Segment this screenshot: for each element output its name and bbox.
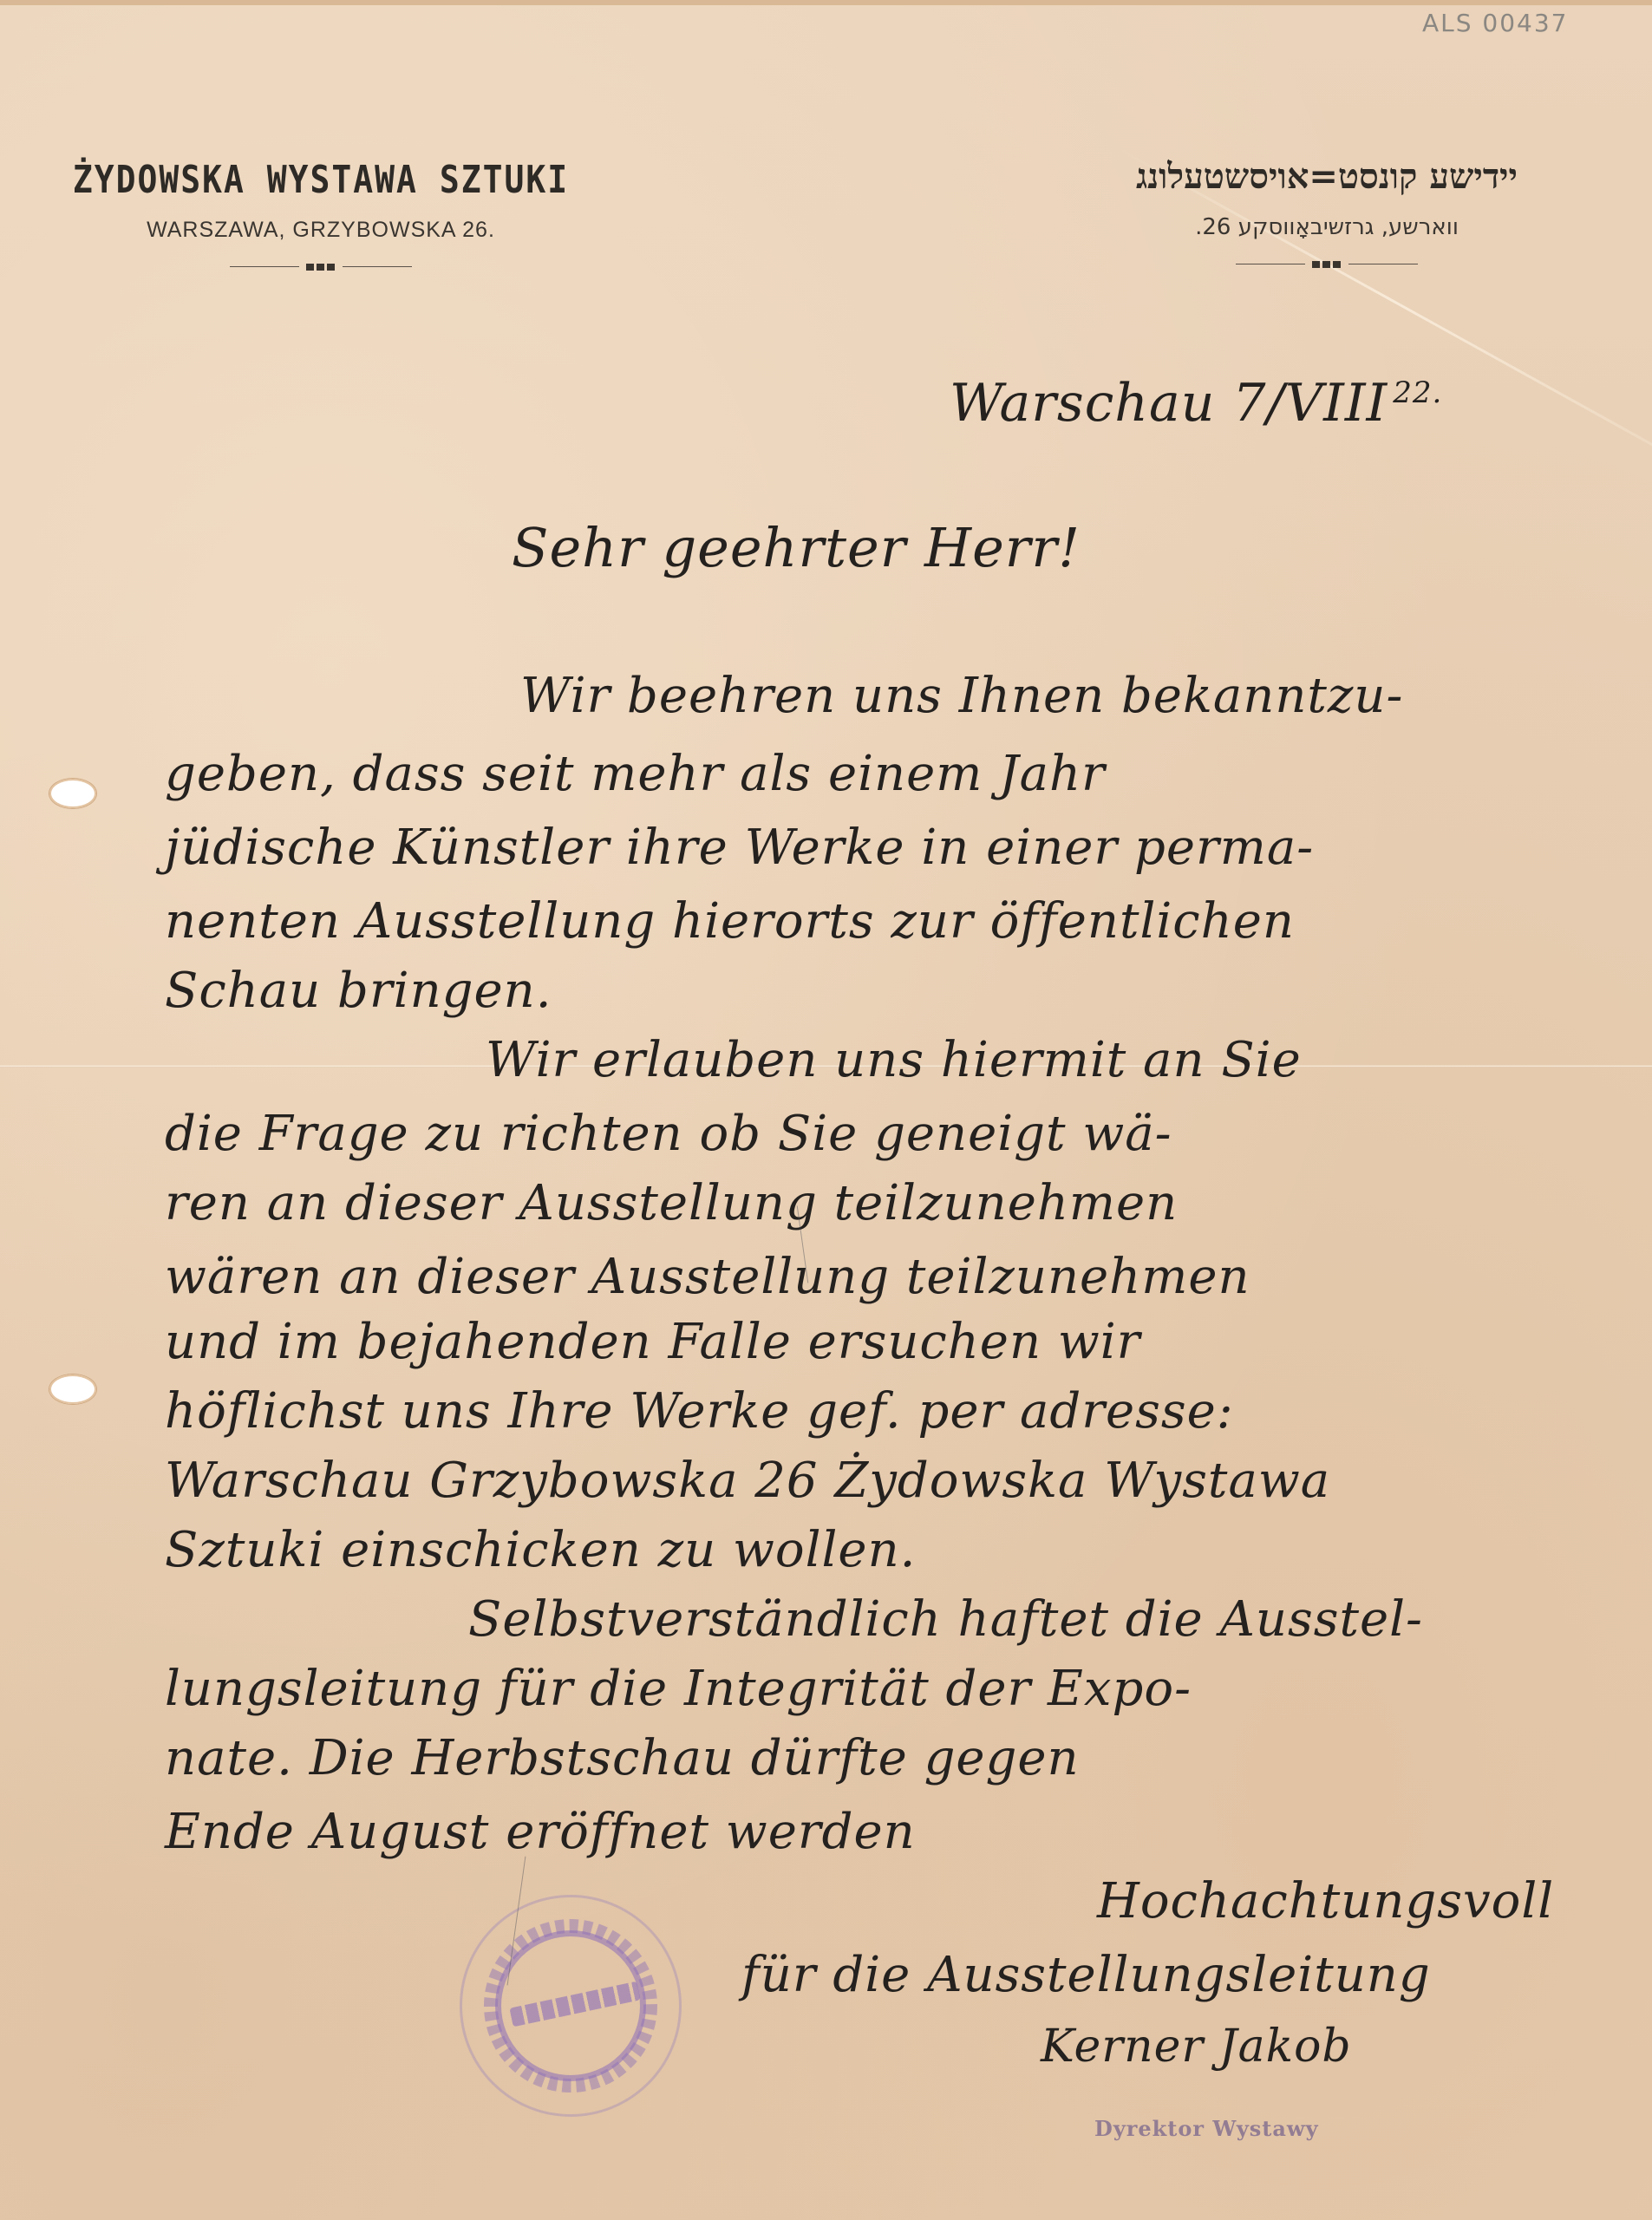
letterhead-address-polish: WARSZAWA, GRZYBOWSKA 26.: [52, 218, 590, 243]
body-line: Warschau Grzybowska 26 Żydowska Wystawa: [165, 1453, 1330, 1509]
body-line: und im bejahenden Falle ersuchen wir: [165, 1314, 1140, 1370]
round-stamp: [460, 1895, 682, 2117]
letterhead-title-yiddish: יידישע קונסט=אויסשטעלונג: [1041, 156, 1613, 197]
body-line: geben, dass seit mehr als einem Jahr: [165, 746, 1106, 802]
body-line: Wir erlauben uns hiermit an Sie: [486, 1032, 1302, 1088]
body-line: Schau bringen.: [165, 963, 552, 1019]
body-line: die Frage zu richten ob Sie geneigt wä-: [165, 1106, 1172, 1162]
punch-hole-top: [49, 779, 96, 808]
date-year: 22.: [1393, 375, 1442, 410]
body-line: Ende August eröffnet werden: [165, 1804, 916, 1860]
letterhead-address-yiddish: ווארשע, גרזשיבאָווסקע 26.: [1041, 214, 1613, 240]
salutation: Sehr geehrter Herr!: [512, 516, 1081, 579]
body-line: wären an dieser Ausstellung teilzunehmen: [165, 1249, 1250, 1305]
letterhead-yiddish: יידישע קונסט=אויסשטעלונג ווארשע, גרזשיבא…: [1041, 156, 1613, 268]
body-line: lungsleitung für die Integrität der Expo…: [165, 1661, 1192, 1717]
body-line: ren an dieser Ausstellung teilzunehmen: [165, 1175, 1178, 1231]
paper-top-edge: [0, 0, 1652, 5]
signature: Kerner Jakob: [1041, 2021, 1352, 2073]
body-line: Wir beehren uns Ihnen bekanntzu-: [520, 668, 1403, 724]
director-stamp: Dyrektor Wystawy: [1094, 2116, 1319, 2141]
place-date-text: Warschau 7/VIII: [950, 373, 1388, 434]
closing-line-2: für die Ausstellungsleitung: [741, 1947, 1431, 2003]
archive-number: ALS 00437: [1422, 9, 1569, 37]
punch-hole-bottom: [49, 1374, 96, 1404]
closing: Hochachtungsvoll: [1097, 1873, 1554, 1929]
body-line: höflichst uns Ihre Werke gef. per adress…: [165, 1383, 1234, 1440]
letterhead-polish: ŻYDOWSKA WYSTAWA SZTUKI WARSZAWA, GRZYBO…: [52, 160, 590, 271]
letterhead-ornament: [1236, 261, 1418, 268]
letterhead-ornament: [230, 264, 412, 271]
body-line: nenten Ausstellung hierorts zur öffentli…: [165, 893, 1295, 950]
body-line: jüdische Künstler ihre Werke in einer pe…: [165, 819, 1314, 876]
place-date: Warschau 7/VIII22.: [950, 373, 1442, 434]
letterhead-title-polish: ŻYDOWSKA WYSTAWA SZTUKI: [52, 158, 590, 202]
body-line: Selbstverständlich haftet die Ausstel-: [468, 1591, 1423, 1648]
body-line: nate. Die Herbstschau dürfte gegen: [165, 1730, 1080, 1786]
body-line: Sztuki einschicken zu wollen.: [165, 1522, 916, 1578]
letter-page: ALS 00437 ŻYDOWSKA WYSTAWA SZTUKI WARSZA…: [0, 0, 1652, 2220]
